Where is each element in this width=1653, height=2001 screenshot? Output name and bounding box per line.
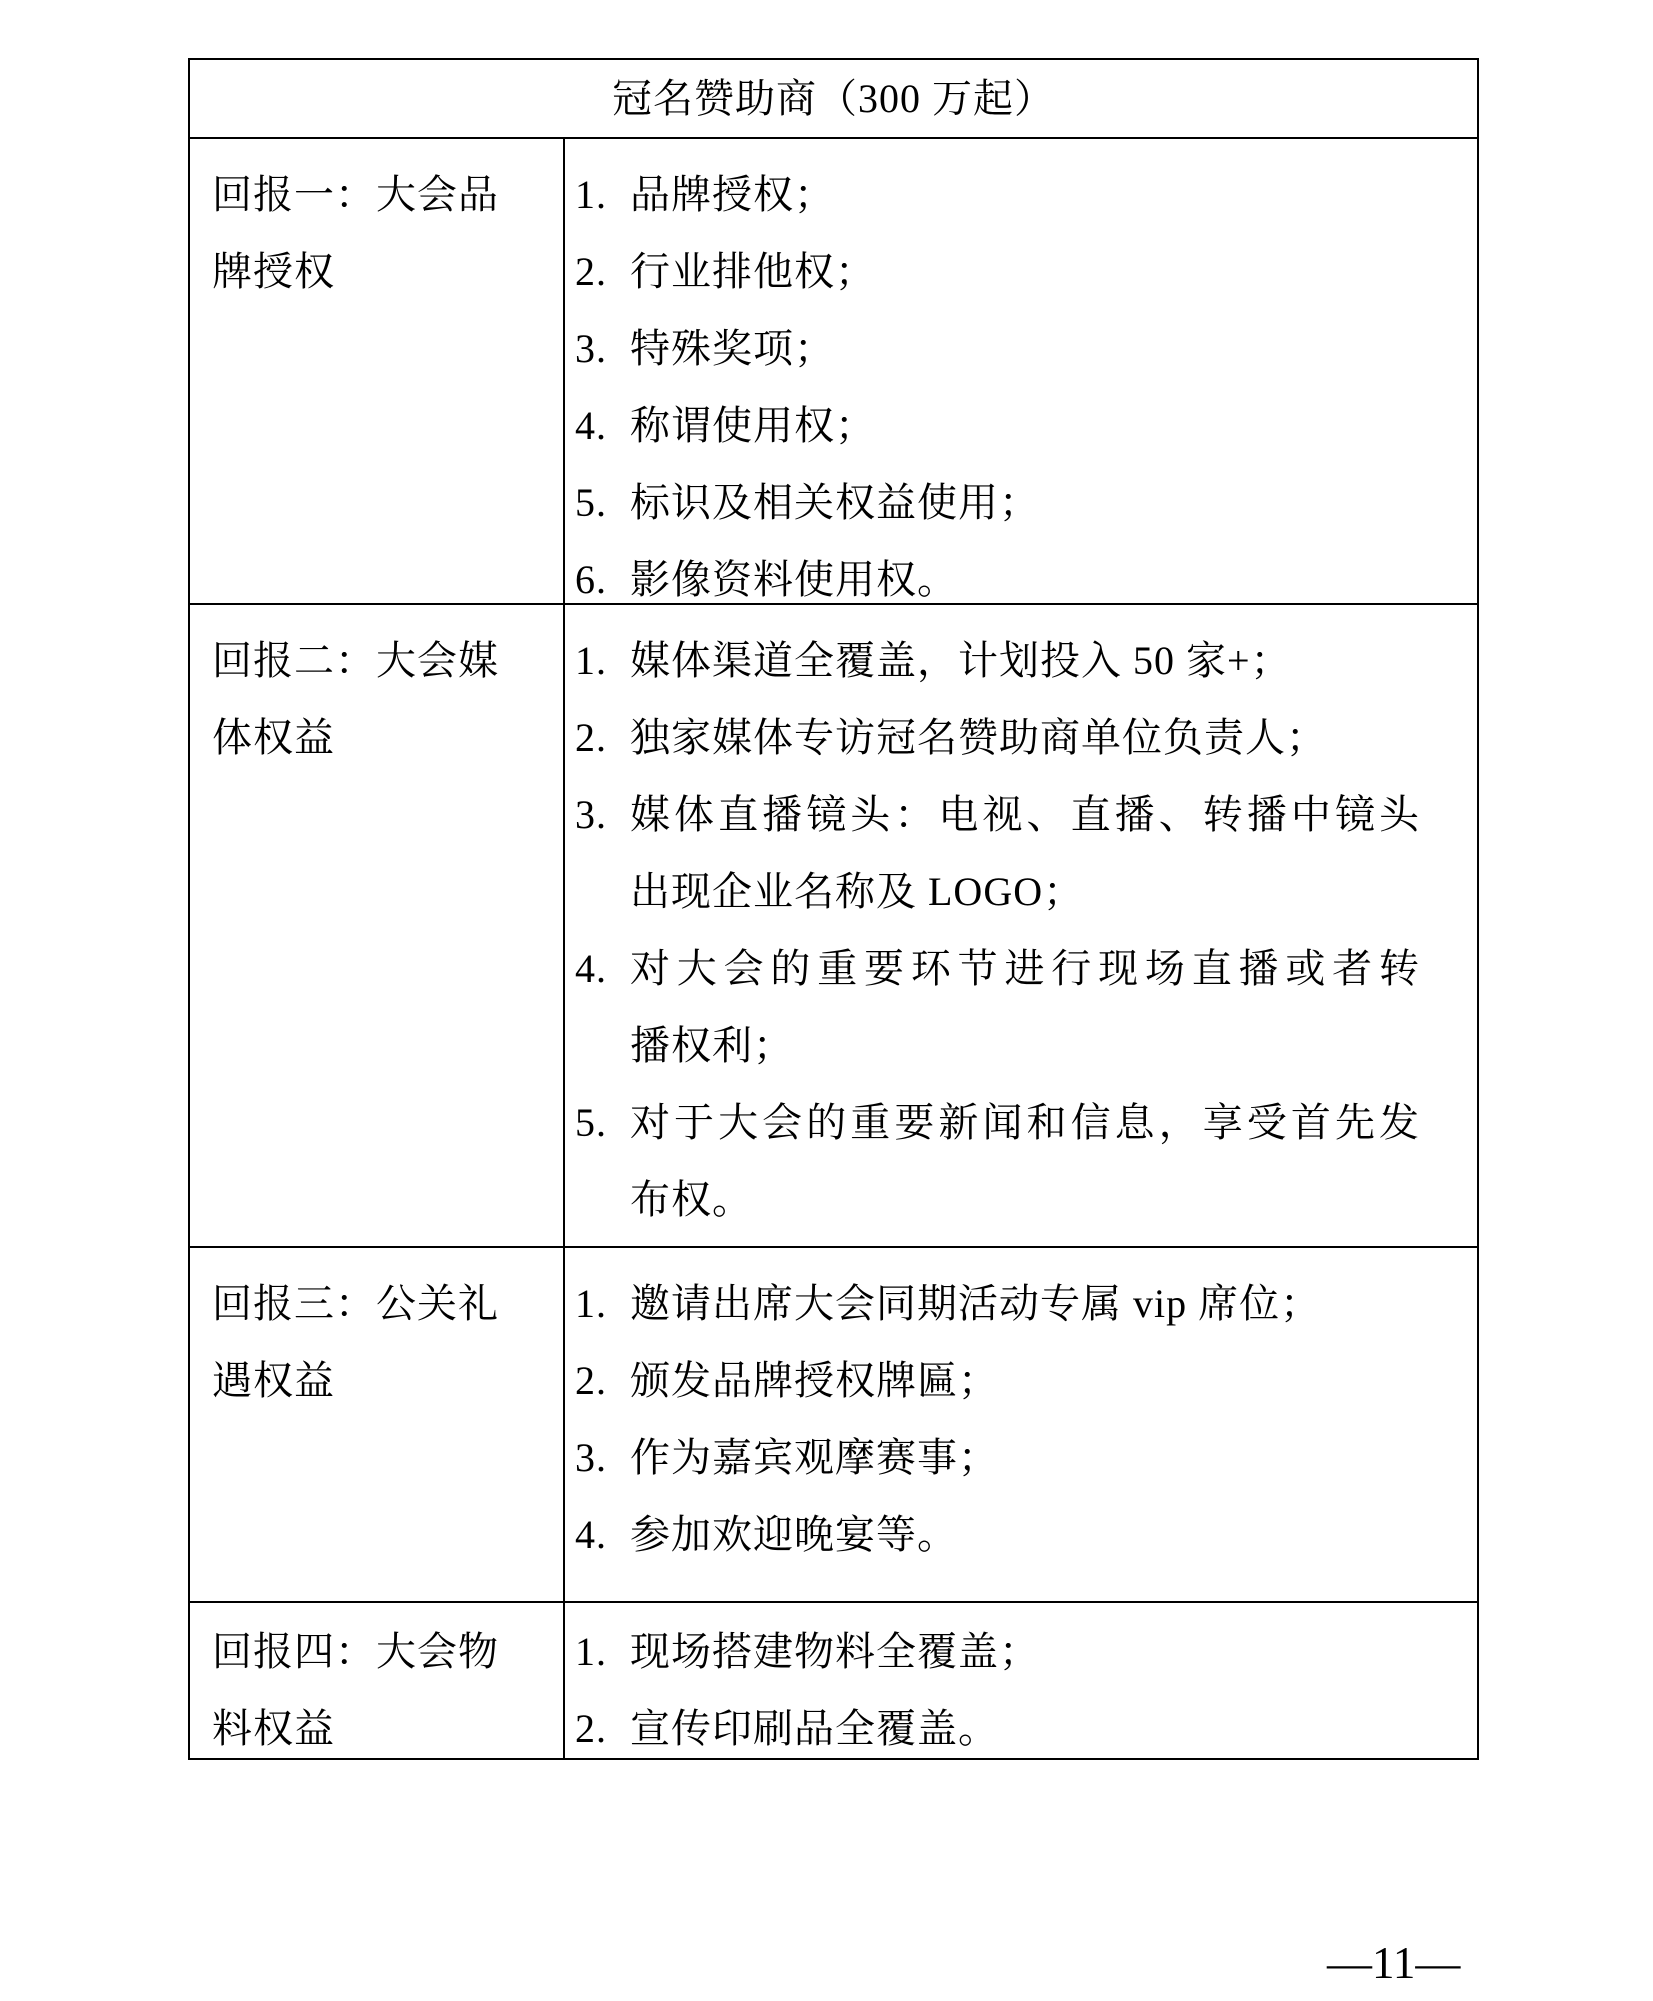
table-row-benefit-1: 回报一：大会品 牌授权 1. 品牌授权； 2. 行业排他权； 3. 特殊奖项； …	[190, 139, 1477, 605]
category-line: 体权益	[212, 699, 555, 776]
category-cell-pr-courtesy: 回报三：公关礼 遇权益	[190, 1248, 565, 1601]
item-text-line: 行业排他权；	[630, 233, 1420, 310]
item-text-line: 独家媒体专访冠名赞助商单位负责人；	[630, 699, 1420, 776]
list-item: 3. 特殊奖项；	[575, 310, 1477, 387]
category-cell-materials-rights: 回报四：大会物 料权益	[190, 1603, 565, 1758]
item-text-line: 品牌授权；	[630, 156, 1420, 233]
list-item: 3. 媒体直播镜头：电视、直播、转播中镜头 出现企业名称及 LOGO；	[575, 776, 1477, 930]
item-number: 5.	[575, 464, 630, 541]
item-number: 2.	[575, 699, 630, 776]
page-number: —11—	[1327, 1941, 1460, 1986]
list-item: 5. 对于大会的重要新闻和信息，享受首先发 布权。	[575, 1084, 1477, 1238]
table-header-title: 冠名赞助商（300 万起）	[190, 60, 1477, 139]
item-text-line: 参加欢迎晚宴等。	[630, 1496, 1420, 1573]
sponsor-benefits-table: 冠名赞助商（300 万起） 回报一：大会品 牌授权 1. 品牌授权； 2. 行业…	[188, 58, 1479, 1760]
category-cell-media-rights: 回报二：大会媒 体权益	[190, 605, 565, 1246]
item-text-line: 媒体直播镜头：电视、直播、转播中镜头	[630, 776, 1420, 853]
item-number: 4.	[575, 1496, 630, 1573]
items-cell-brand-authorization: 1. 品牌授权； 2. 行业排他权； 3. 特殊奖项； 4. 称谓使用权； 5.…	[565, 139, 1477, 603]
list-item: 4. 对大会的重要环节进行现场直播或者转 播权利；	[575, 930, 1477, 1084]
list-item: 4. 称谓使用权；	[575, 387, 1477, 464]
item-text-line: 作为嘉宾观摩赛事；	[630, 1419, 1420, 1496]
list-item: 5. 标识及相关权益使用；	[575, 464, 1477, 541]
items-cell-pr-courtesy: 1. 邀请出席大会同期活动专属 vip 席位； 2. 颁发品牌授权牌匾； 3. …	[565, 1248, 1477, 1601]
list-item: 1. 媒体渠道全覆盖，计划投入 50 家+；	[575, 622, 1477, 699]
list-item: 2. 颁发品牌授权牌匾；	[575, 1342, 1477, 1419]
category-line: 遇权益	[212, 1342, 555, 1419]
list-item: 2. 行业排他权；	[575, 233, 1477, 310]
item-text-line: 对于大会的重要新闻和信息，享受首先发	[630, 1084, 1420, 1161]
item-text-line: 称谓使用权；	[630, 387, 1420, 464]
item-number: 4.	[575, 387, 630, 464]
list-item: 2. 独家媒体专访冠名赞助商单位负责人；	[575, 699, 1477, 776]
list-item: 2. 宣传印刷品全覆盖。	[575, 1690, 1477, 1758]
item-text-line: 布权。	[630, 1161, 1420, 1238]
item-text-line: 影像资料使用权。	[630, 541, 1420, 605]
list-item: 1. 邀请出席大会同期活动专属 vip 席位；	[575, 1265, 1477, 1342]
item-text-line: 颁发品牌授权牌匾；	[630, 1342, 1420, 1419]
category-line: 回报三：公关礼	[212, 1265, 555, 1342]
category-cell-brand-authorization: 回报一：大会品 牌授权	[190, 139, 565, 603]
category-line: 回报一：大会品	[212, 156, 555, 233]
item-text-line: 对大会的重要环节进行现场直播或者转	[630, 930, 1420, 1007]
table-row-benefit-4: 回报四：大会物 料权益 1. 现场搭建物料全覆盖； 2. 宣传印刷品全覆盖。	[190, 1603, 1477, 1758]
item-text-line: 邀请出席大会同期活动专属 vip 席位；	[630, 1265, 1420, 1342]
item-number: 1.	[575, 1265, 630, 1342]
item-text-line: 出现企业名称及 LOGO；	[630, 853, 1420, 930]
category-line: 料权益	[212, 1690, 555, 1758]
list-item: 3. 作为嘉宾观摩赛事；	[575, 1419, 1477, 1496]
item-text-line: 媒体渠道全覆盖，计划投入 50 家+；	[630, 622, 1420, 699]
item-text-line: 播权利；	[630, 1007, 1420, 1084]
items-cell-materials-rights: 1. 现场搭建物料全覆盖； 2. 宣传印刷品全覆盖。	[565, 1603, 1477, 1758]
item-number: 3.	[575, 310, 630, 387]
item-number: 5.	[575, 1084, 630, 1161]
item-text-line: 标识及相关权益使用；	[630, 464, 1420, 541]
list-item: 1. 品牌授权；	[575, 156, 1477, 233]
item-number: 1.	[575, 1613, 630, 1690]
list-item: 6. 影像资料使用权。	[575, 541, 1477, 605]
list-item: 4. 参加欢迎晚宴等。	[575, 1496, 1477, 1573]
category-line: 回报二：大会媒	[212, 622, 555, 699]
item-number: 3.	[575, 1419, 630, 1496]
item-number: 2.	[575, 233, 630, 310]
item-number: 2.	[575, 1690, 630, 1758]
item-number: 6.	[575, 541, 630, 605]
item-number: 4.	[575, 930, 630, 1007]
item-number: 1.	[575, 156, 630, 233]
item-number: 3.	[575, 776, 630, 853]
item-number: 1.	[575, 622, 630, 699]
item-text-line: 宣传印刷品全覆盖。	[630, 1690, 1420, 1758]
items-cell-media-rights: 1. 媒体渠道全覆盖，计划投入 50 家+； 2. 独家媒体专访冠名赞助商单位负…	[565, 605, 1477, 1246]
item-text-line: 现场搭建物料全覆盖；	[630, 1613, 1420, 1690]
item-number: 2.	[575, 1342, 630, 1419]
list-item: 1. 现场搭建物料全覆盖；	[575, 1613, 1477, 1690]
table-row-benefit-2: 回报二：大会媒 体权益 1. 媒体渠道全覆盖，计划投入 50 家+； 2. 独家…	[190, 605, 1477, 1248]
item-text-line: 特殊奖项；	[630, 310, 1420, 387]
category-line: 牌授权	[212, 233, 555, 310]
table-row-benefit-3: 回报三：公关礼 遇权益 1. 邀请出席大会同期活动专属 vip 席位； 2. 颁…	[190, 1248, 1477, 1603]
category-line: 回报四：大会物	[212, 1613, 555, 1690]
